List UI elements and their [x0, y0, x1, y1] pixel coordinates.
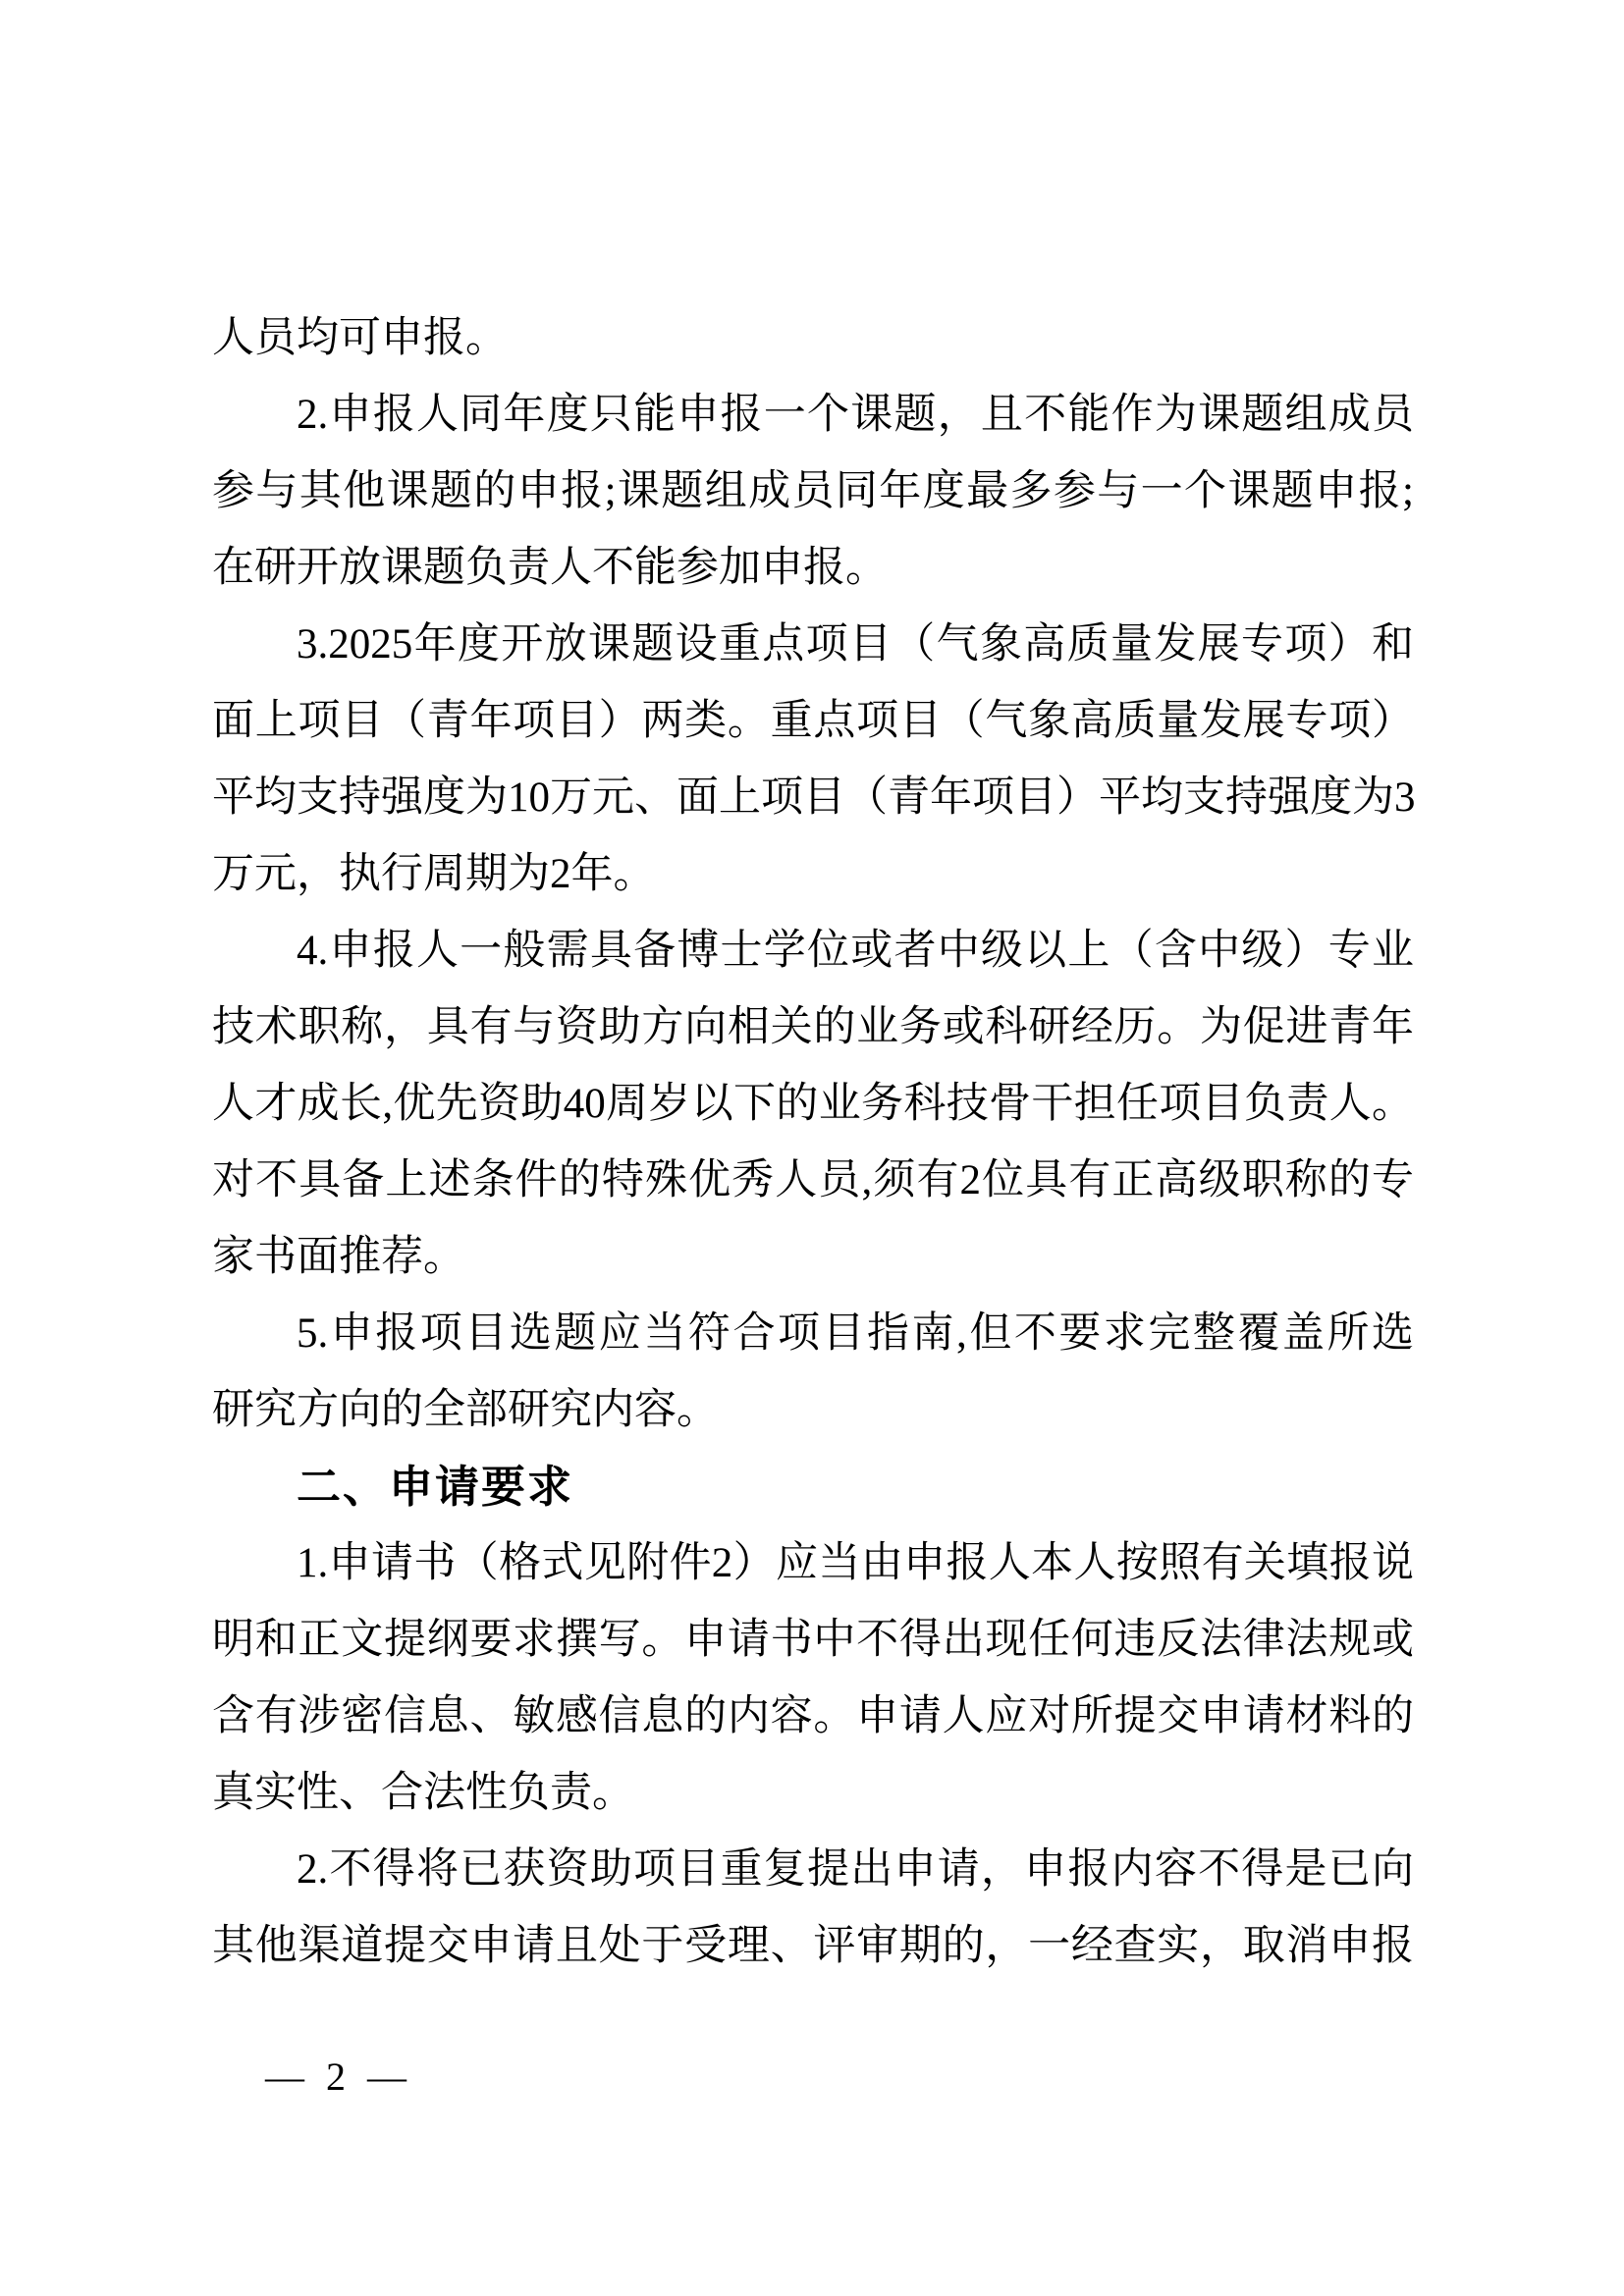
text-line: 参与其他课题的申报;课题组成员同年度最多参与一个课题申报; — [212, 454, 1414, 530]
text-line: 技术职称，具有与资助方向相关的业务或科研经历。为促进青年 — [212, 989, 1414, 1066]
text-line: 万元，执行周期为2年。 — [212, 836, 1414, 913]
text-line: 3.2025年度开放课题设重点项目（气象高质量发展专项）和 — [212, 607, 1414, 683]
text-line: 研究方向的全部研究内容。 — [212, 1372, 1414, 1449]
text-line: 4.申报人一般需具备博士学位或者中级以上（含中级）专业 — [212, 913, 1414, 989]
text-line: 明和正文提纲要求撰写。申请书中不得出现任何违反法律法规或 — [212, 1602, 1414, 1679]
text-line: 真实性、合法性负责。 — [212, 1755, 1414, 1832]
text-line: 人才成长,优先资助40周岁以下的业务科技骨干担任项目负责人。 — [212, 1066, 1414, 1143]
text-line: 人员均可申报。 — [212, 300, 1414, 377]
text-line: 家书面推荐。 — [212, 1219, 1414, 1296]
section-heading: 二、申请要求 — [212, 1449, 1414, 1525]
text-line: 平均支持强度为10万元、面上项目（青年项目）平均支持强度为3 — [212, 760, 1414, 836]
document-page: 人员均可申报。 2.申报人同年度只能申报一个课题，且不能作为课题组成员 参与其他… — [0, 0, 1624, 2296]
text-line: 其他渠道提交申请且处于受理、评审期的，一经查实，取消申报 — [212, 1908, 1414, 1985]
text-line: 在研开放课题负责人不能参加申报。 — [212, 530, 1414, 607]
page-number: — 2 — — [265, 2056, 409, 2099]
text-line: 含有涉密信息、敏感信息的内容。申请人应对所提交申请材料的 — [212, 1679, 1414, 1755]
text-line: 5.申报项目选题应当符合项目指南,但不要求完整覆盖所选 — [212, 1296, 1414, 1372]
text-line: 面上项目（青年项目）两类。重点项目（气象高质量发展专项） — [212, 683, 1414, 760]
document-body: 人员均可申报。 2.申报人同年度只能申报一个课题，且不能作为课题组成员 参与其他… — [212, 300, 1414, 1985]
text-line: 对不具备上述条件的特殊优秀人员,须有2位具有正高级职称的专 — [212, 1143, 1414, 1219]
text-line: 2.申报人同年度只能申报一个课题，且不能作为课题组成员 — [212, 377, 1414, 454]
text-line: 1.申请书（格式见附件2）应当由申报人本人按照有关填报说 — [212, 1525, 1414, 1602]
text-line: 2.不得将已获资助项目重复提出申请，申报内容不得是已向 — [212, 1832, 1414, 1908]
